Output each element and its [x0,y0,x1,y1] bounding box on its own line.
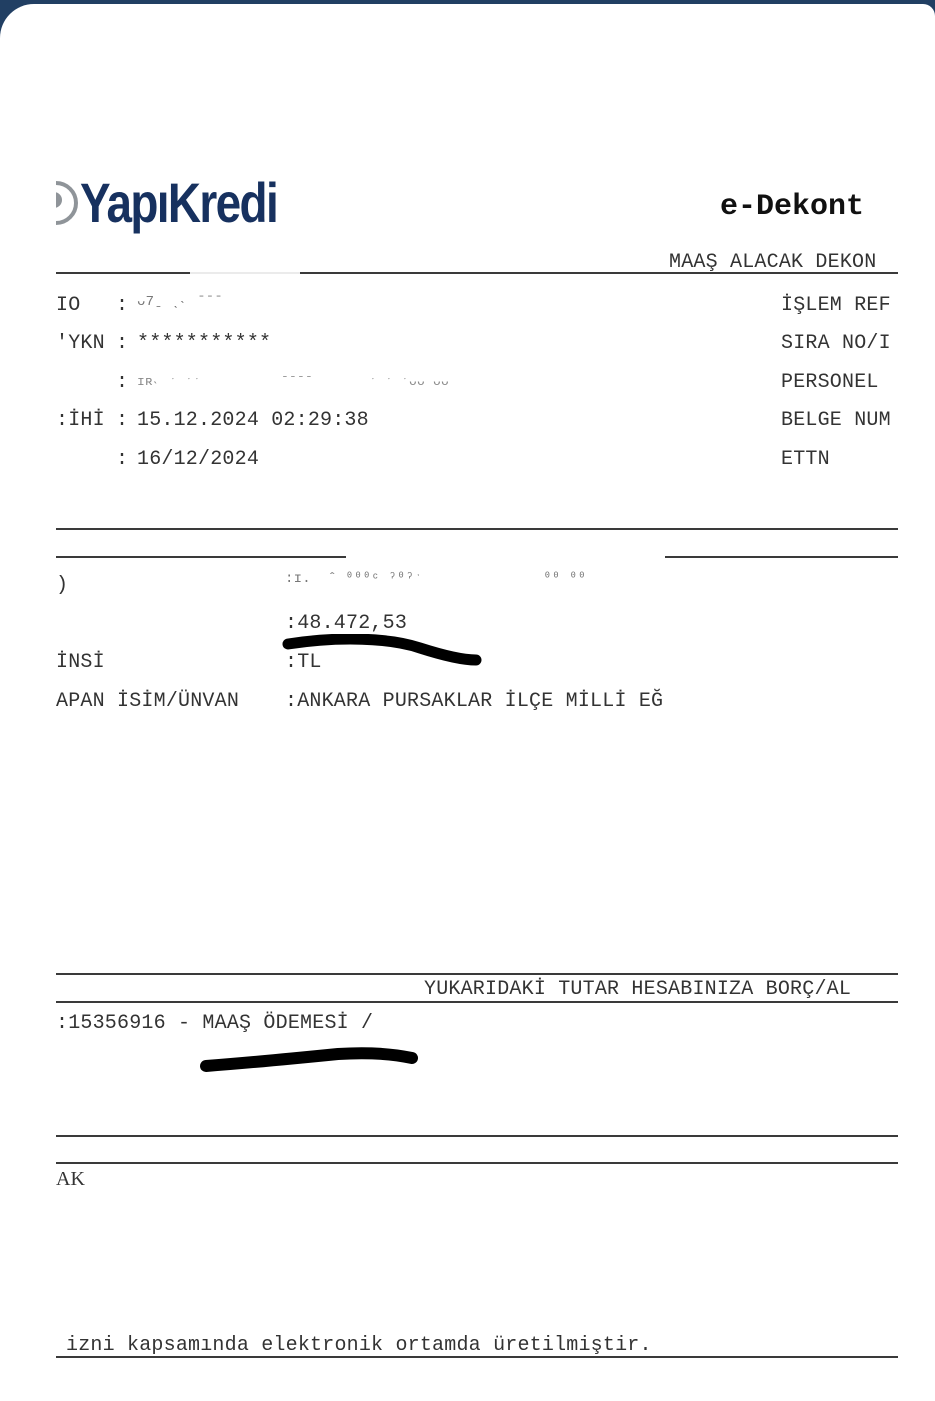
transaction-label: ) [56,574,68,597]
info-value-redacted: ɪʀ˴ ˑ ˑˑ ˉˉˉˉ ˑ ˑ ˑᴗᴗ ᴗᴗ [137,374,449,389]
info-separator: : [116,332,128,355]
info-value-tckn: *********** [137,332,271,355]
info-right-label: İŞLEM REF [781,294,891,317]
footer-label: AK [56,1168,85,1191]
notice-divider-bottom [56,1001,898,1003]
redaction-scribble [280,634,490,674]
payment-description: :15356916 - MAAŞ ÖDEMESİ / [56,1012,373,1035]
footer-divider-bottom [56,1356,898,1358]
section-divider-right [665,556,898,558]
footer-divider-middle [56,1162,898,1164]
document-subtitle: MAAŞ ALACAK DEKON [669,251,876,274]
info-separator: : [116,448,128,471]
document-sheet: YapıKredi e-Dekont MAAŞ ALACAK DEKON IO … [0,4,935,1401]
info-separator: : [116,409,128,432]
redaction-smudge [190,262,300,278]
info-right-label: BELGE NUM [781,409,891,432]
yapikredi-logo-mark-icon [56,181,78,225]
info-separator: : [116,371,128,394]
info-value-datetime: 15.12.2024 02:29:38 [137,409,369,432]
legal-text: izni kapsamında elektronik ortamda üreti… [66,1334,652,1357]
info-value-redacted: ᴗ7ˍ ˎ˴ ˉˉˉ [137,294,223,310]
notice-text: YUKARIDAKİ TUTAR HESABINIZA BORÇ/AL [424,978,851,1001]
transaction-label: APAN İSİM/ÜNVAN [56,690,239,713]
document-title: e-Dekont [720,190,864,224]
section-divider [56,528,898,530]
info-label: 'YKN [56,332,105,355]
redaction-scribble [198,1044,426,1078]
info-value-date: 16/12/2024 [137,448,259,471]
notice-divider-top [56,973,898,975]
info-label: :İHİ [56,409,105,432]
amount-value: :48.472,53 [285,612,407,635]
info-label: IO [56,294,80,317]
transaction-label: İNSİ [56,651,105,674]
info-right-label: PERSONEL [781,371,879,394]
info-separator: : [116,294,128,317]
header-divider [56,272,898,274]
bank-logo: YapıKredi [56,170,320,236]
footer-divider-top [56,1135,898,1137]
bank-logo-text: YapıKredi [80,175,277,231]
sender-value: :ANKARA PURSAKLAR İLÇE MİLLİ EĞ [285,690,663,713]
section-divider-left [56,556,346,558]
info-right-label: ETTN [781,448,830,471]
transaction-value-redacted: :ɪ. ˆ ⁰⁰⁰ᶜ ˀ⁰ˀˑ ⁰⁰ ⁰⁰ [285,570,586,587]
info-right-label: SIRA NO/I [781,332,891,355]
